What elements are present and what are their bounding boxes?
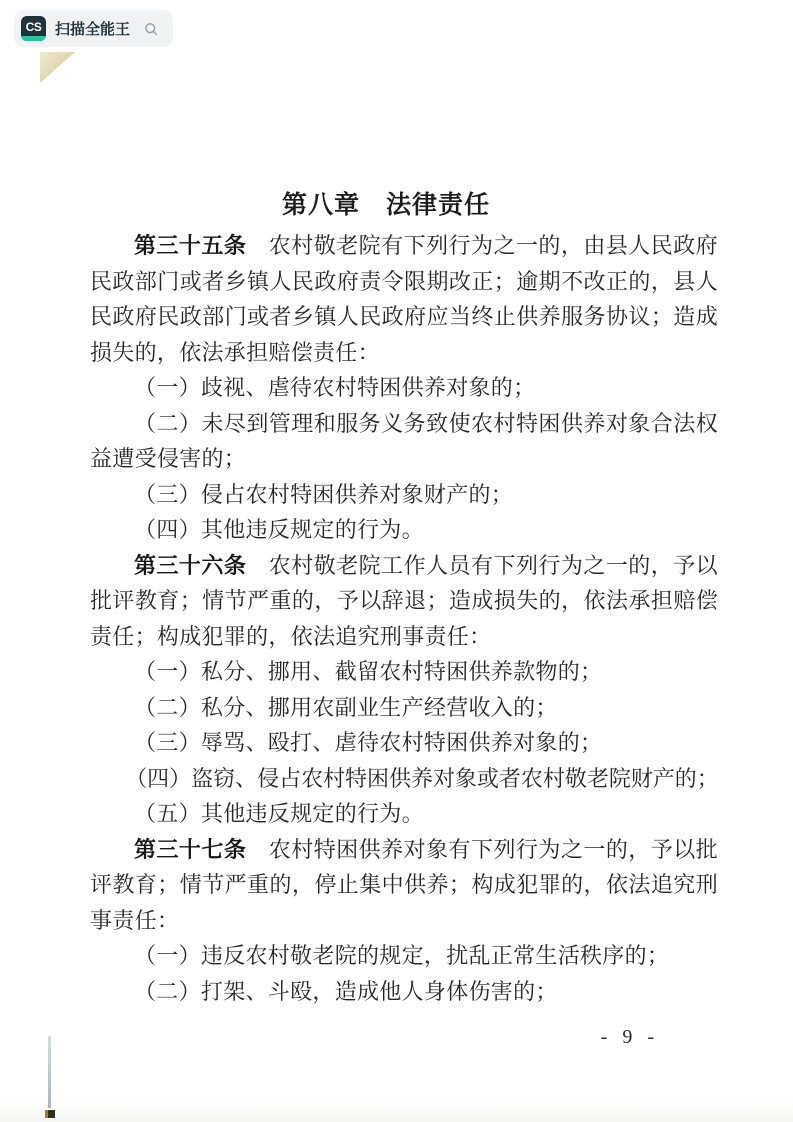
- logo-accent-bar: [21, 36, 46, 41]
- doc-line: 评教育；情节严重的，停止集中供养；构成犯罪的，依法追究刑: [90, 867, 718, 903]
- line-text: 农村敬老院有下列行为之一的，由县人民政府: [246, 233, 718, 258]
- doc-line: 益遭受侵害的；: [90, 441, 718, 477]
- doc-line: （一）歧视、虐待农村特困供养对象的；: [90, 370, 718, 406]
- doc-line: （一）违反农村敬老院的规定，扰乱正常生活秩序的；: [90, 938, 718, 974]
- doc-line: （二）未尽到管理和服务义务致使农村特困供养对象合法权: [90, 406, 718, 442]
- line-text: 责任；构成犯罪的，依法追究刑事责任：: [90, 624, 491, 649]
- brand-pill[interactable]: CS 扫描全能王: [14, 10, 173, 47]
- app-header: CS 扫描全能王: [14, 10, 173, 47]
- line-text: 农村特困供养对象有下列行为之一的，予以批: [246, 837, 718, 862]
- line-text: （二）打架、斗殴，造成他人身体伤害的；: [134, 979, 558, 1004]
- page-number: - 9 -: [601, 1026, 655, 1049]
- line-text: （三）辱骂、殴打、虐待农村特困供养对象的；: [134, 730, 602, 755]
- line-text: （三）侵占农村特困供养对象财产的；: [134, 482, 513, 507]
- scan-speck-artifact: [45, 1110, 55, 1118]
- doc-line: （五）其他违反规定的行为。: [90, 796, 718, 832]
- brand-name: 扫描全能王: [55, 18, 130, 39]
- doc-line: 第三十五条 农村敬老院有下列行为之一的，由县人民政府: [90, 228, 718, 264]
- line-text: （五）其他违反规定的行为。: [134, 801, 424, 826]
- doc-line: （二）打架、斗殴，造成他人身体伤害的；: [90, 974, 718, 1010]
- doc-line: 批评教育；情节严重的，予以辞退；造成损失的，依法承担赔偿: [90, 583, 718, 619]
- line-text: 评教育；情节严重的，停止集中供养；构成犯罪的，依法追究刑: [90, 872, 718, 897]
- doc-line: 民政府民政部门或者乡镇人民政府应当终止供养服务协议；造成: [90, 299, 718, 335]
- doc-line: 损失的，依法承担赔偿责任：: [90, 335, 718, 371]
- line-text: 民政府民政部门或者乡镇人民政府应当终止供养服务协议；造成: [90, 304, 718, 329]
- line-text: 民政部门或者乡镇人民政府责令限期改正；逾期不改正的，县人: [90, 269, 718, 294]
- article-number: 第三十七条: [134, 837, 246, 862]
- line-text: （二）未尽到管理和服务义务致使农村特困供养对象合法权: [134, 411, 718, 436]
- doc-line: 民政部门或者乡镇人民政府责令限期改正；逾期不改正的，县人: [90, 264, 718, 300]
- search-icon[interactable]: [143, 21, 159, 37]
- doc-line: 第三十六条 农村敬老院工作人员有下列行为之一的，予以: [90, 548, 718, 584]
- page-bottom-edge: [0, 1098, 793, 1122]
- scan-line-artifact: [48, 1036, 51, 1108]
- camscanner-logo-icon: CS: [21, 16, 46, 41]
- article-number: 第三十六条: [134, 553, 246, 578]
- line-text: （四）其他违反规定的行为。: [134, 517, 424, 542]
- line-text: 批评教育；情节严重的，予以辞退；造成损失的，依法承担赔偿: [90, 588, 718, 613]
- doc-line: （一）私分、挪用、截留农村特困供养款物的；: [90, 654, 718, 690]
- line-text: 损失的，依法承担赔偿责任：: [90, 340, 380, 365]
- line-text: （一）私分、挪用、截留农村特困供养款物的；: [134, 659, 602, 684]
- line-text: （二）私分、挪用农副业生产经营收入的；: [134, 695, 558, 720]
- doc-line: 责任；构成犯罪的，依法追究刑事责任：: [90, 619, 718, 655]
- line-text: 农村敬老院工作人员有下列行为之一的，予以: [246, 553, 718, 578]
- doc-line: （四）其他违反规定的行为。: [90, 512, 718, 548]
- line-text: （一）歧视、虐待农村特困供养对象的；: [134, 375, 535, 400]
- line-text: （四）盗窃、侵占农村特困供养对象或者农村敬老院财产的；: [125, 766, 718, 791]
- doc-line: （三）侵占农村特困供养对象财产的；: [90, 477, 718, 513]
- chapter-title: 第八章 法律责任: [90, 185, 682, 226]
- logo-text: CS: [26, 21, 42, 33]
- doc-line: （四）盗窃、侵占农村特困供养对象或者农村敬老院财产的；: [90, 761, 718, 797]
- doc-line: （二）私分、挪用农副业生产经营收入的；: [90, 690, 718, 726]
- doc-line: （三）辱骂、殴打、虐待农村特困供养对象的；: [90, 725, 718, 761]
- line-text: 益遭受侵害的；: [90, 446, 246, 471]
- article-number: 第三十五条: [134, 233, 246, 258]
- doc-line: 事责任：: [90, 903, 718, 939]
- document-page: 第八章 法律责任 第三十五条 农村敬老院有下列行为之一的，由县人民政府 民政部门…: [90, 185, 718, 1009]
- line-text: （一）违反农村敬老院的规定，扰乱正常生活秩序的；: [134, 943, 669, 968]
- line-text: 事责任：: [90, 908, 179, 933]
- doc-line: 第三十七条 农村特困供养对象有下列行为之一的，予以批: [90, 832, 718, 868]
- page-corner-artifact: [40, 52, 75, 83]
